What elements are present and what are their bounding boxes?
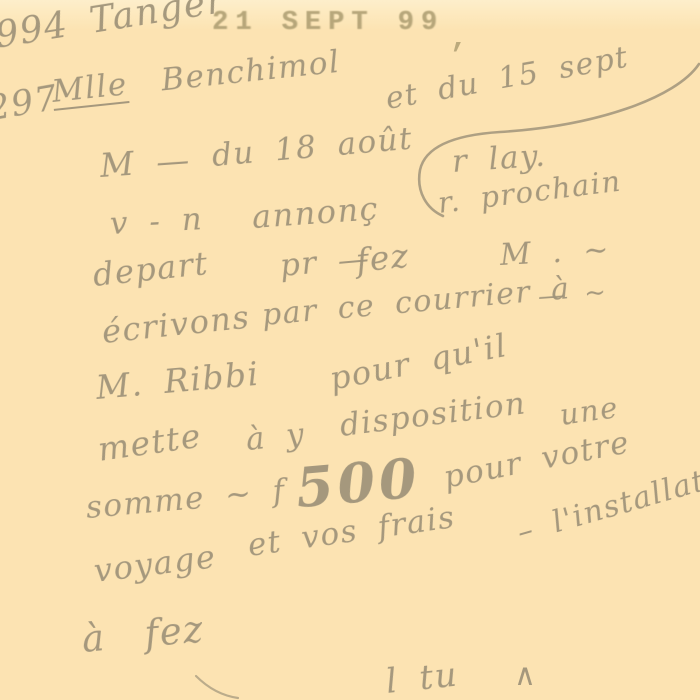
handwriting-line: mette [95,416,204,469]
margin-reference-line: 994 Tanger [0,0,228,57]
handwriting-line: pour votre [441,424,633,495]
handwriting-line: du 18 août [210,121,414,174]
addressee-title: Mlle [50,66,129,110]
handwriting-line: M — [99,140,192,185]
handwriting-line: une [558,390,621,432]
pen-flourish-stroke [196,676,238,698]
addressee-name: Benchimol [159,44,342,99]
handwriting-line: disposition [338,385,528,444]
handwriting-line: somme ~ f [84,473,287,526]
handwriting-partial-line: l tu [384,655,460,700]
handwriting-line: à y [244,416,307,458]
handwriting-line: à fez [80,607,206,661]
handwriting-line: M . ~ [499,232,611,273]
scanned-letter-page: 21 SEPT 99 , 994 Tanger 297 MlleBenchimo… [0,0,700,700]
handwriting-line: depart [91,244,210,294]
handwriting-line: écrivons [100,298,252,351]
handwriting-line: pour qu'il [326,326,510,398]
handwriting-line: annonç [251,189,380,236]
handwriting-line: v - n [109,201,204,242]
handwriting-partial-stroke: ∧ [514,658,537,693]
date-stamp: 21 SEPT 99 [212,8,444,38]
handwriting-line: fez [354,235,411,279]
handwriting-line: M. Ribbi [94,354,261,407]
handwriting-line: et du 15 sept [383,40,631,117]
handwriting-line: voyage [92,537,219,590]
date-stamp-mark: , [450,22,468,56]
addressee-line: MlleBenchimol [50,44,342,110]
